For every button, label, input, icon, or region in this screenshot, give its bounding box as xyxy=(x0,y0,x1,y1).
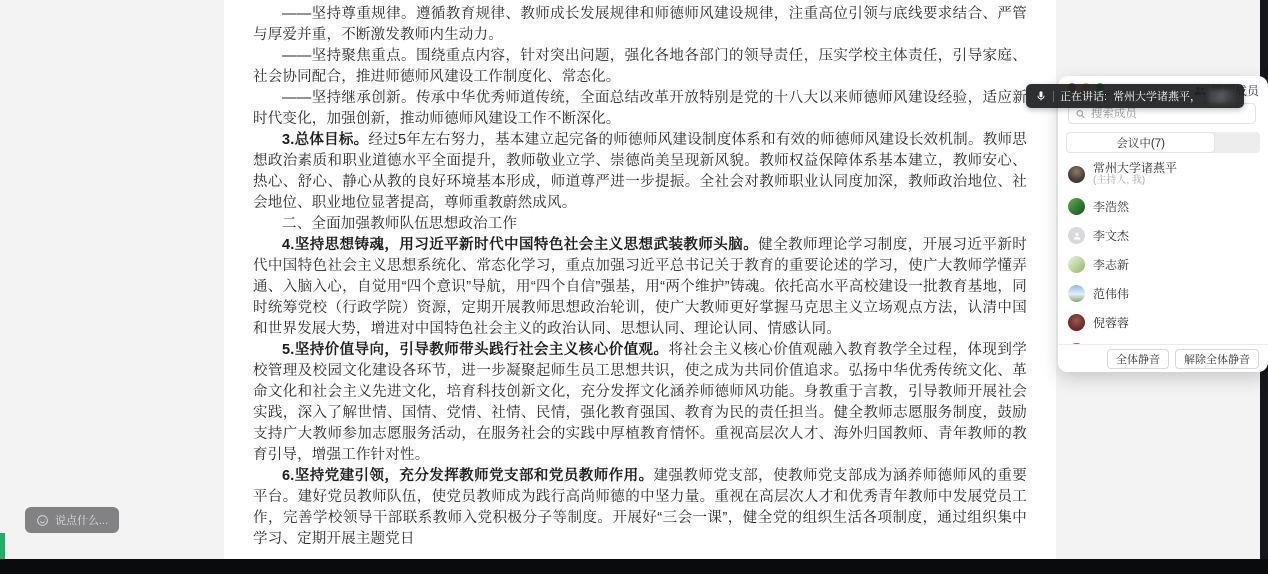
tab-in-meeting[interactable]: 会议中(7) xyxy=(1066,132,1215,153)
doc-paragraph: ——坚持继承创新。传承中华优秀师道传统，全面总结改革开放特别是党的十八大以来师德… xyxy=(253,88,1027,130)
speaking-label: 正在讲话: xyxy=(1060,88,1107,104)
doc-paragraph: 5.坚持价值导向，引导教师带头践行社会主义核心价值观。将社会主义核心价值观融入教… xyxy=(253,340,1027,466)
unmute-all-button[interactable]: 解除全体静音 xyxy=(1175,349,1259,369)
member-row[interactable]: 范伟伟 xyxy=(1058,279,1268,308)
chat-placeholder: 说点什么... xyxy=(55,512,108,528)
mute-all-button[interactable]: 全体静音 xyxy=(1107,349,1169,369)
member-row[interactable] xyxy=(1058,337,1268,344)
member-row[interactable]: 李文杰 xyxy=(1058,221,1268,250)
doc-section-heading: 二、全面加强教师队伍思想政治工作 xyxy=(253,214,1027,235)
speaking-indicator: 正在讲话: 常州大学诸燕平， xyxy=(1026,84,1244,108)
member-avatar xyxy=(1068,256,1085,273)
emoji-icon xyxy=(36,514,49,527)
blurred-text xyxy=(1209,90,1235,103)
member-name: 李文杰 xyxy=(1093,229,1129,243)
divider xyxy=(1053,91,1054,102)
member-row[interactable]: 常州大学诸燕平 (主持人, 我) xyxy=(1058,156,1268,192)
doc-paragraph: 6.坚持党建引领，充分发挥教师党支部和党员教师作用。建强教师党支部，使教师党支部… xyxy=(253,466,1027,550)
doc-paragraph: 3.总体目标。经过5年左右努力，基本建立起完备的师德师风建设制度体系和有效的师德… xyxy=(253,130,1027,214)
search-members-input[interactable] xyxy=(1091,108,1249,120)
doc-paragraph: ——坚持尊重规律。遵循教育规律、教师成长发展规律和师德师风建设规律，注重高位引领… xyxy=(253,4,1027,46)
panel-footer: 全体静音 解除全体静音 xyxy=(1058,344,1268,372)
member-avatar-default xyxy=(1068,227,1085,244)
member-name: 倪蓉蓉 xyxy=(1093,316,1129,330)
document-page: ——坚持尊重规律。遵循教育规律、教师成长发展规律和师德师风建设规律，注重高位引领… xyxy=(224,0,1056,560)
member-role: (主持人, 我) xyxy=(1093,175,1177,187)
member-name: 范伟伟 xyxy=(1093,287,1129,301)
member-name: 常州大学诸燕平 xyxy=(1093,161,1177,175)
microphone-icon xyxy=(1035,90,1047,102)
member-avatar xyxy=(1068,285,1085,302)
member-avatar xyxy=(1068,198,1085,215)
search-icon xyxy=(1075,108,1086,120)
member-name: 李志新 xyxy=(1093,258,1129,272)
members-panel: 管理成员 会议中(7) 常州大学诸燕平 (主持人, 我) 李浩然 xyxy=(1058,76,1268,372)
share-border-accent xyxy=(0,533,5,559)
screen-bottom-bar xyxy=(0,559,1268,574)
member-avatar xyxy=(1068,314,1085,331)
speaking-name: 常州大学诸燕平， xyxy=(1113,88,1201,104)
chat-input-collapsed[interactable]: 说点什么... xyxy=(25,507,119,533)
doc-paragraph: ——坚持聚焦重点。围绕重点内容，针对突出问题，强化各地各部门的领导责任，压实学校… xyxy=(253,46,1027,88)
member-row[interactable]: 李浩然 xyxy=(1058,192,1268,221)
doc-paragraph: 4.坚持思想铸魂，用习近平新时代中国特色社会主义思想武装教师头脑。健全教师理论学… xyxy=(253,235,1027,340)
meeting-tab-bar: 会议中(7) xyxy=(1066,132,1260,153)
member-name: 李浩然 xyxy=(1093,200,1129,214)
member-row[interactable]: 李志新 xyxy=(1058,250,1268,279)
member-row[interactable]: 倪蓉蓉 xyxy=(1058,308,1268,337)
member-list: 常州大学诸燕平 (主持人, 我) 李浩然 李文杰 李志新 范伟伟 倪 xyxy=(1058,156,1268,344)
person-icon xyxy=(1071,230,1083,242)
member-avatar xyxy=(1068,166,1085,183)
